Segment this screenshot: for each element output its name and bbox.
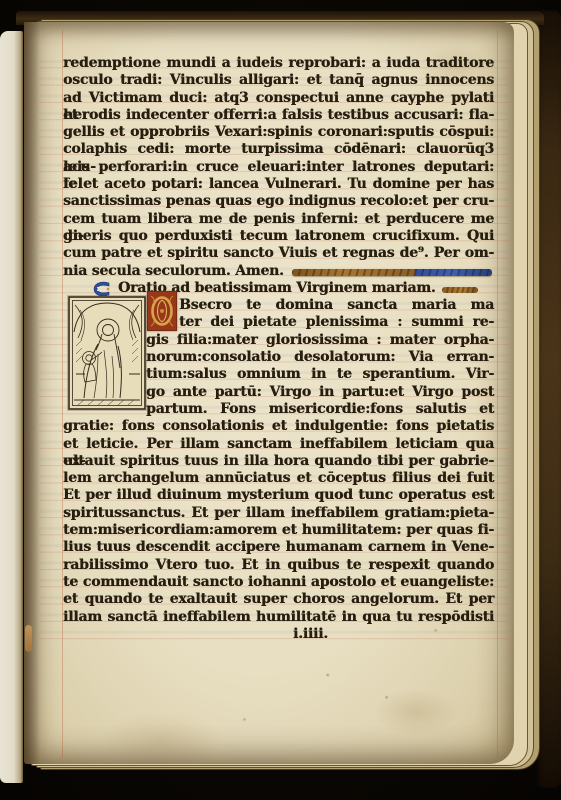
- text-line-content: spiritussanctus. Et per illam ineffabile…: [63, 505, 494, 521]
- blue-paraph-initial: [93, 281, 111, 297]
- initial-o-ornament: [147, 291, 177, 331]
- text-line-content: tem:misericordiam:amorem et humilitatem:…: [63, 522, 494, 538]
- text-line: osculo tradi: Vinculis alligari: et tanq…: [63, 72, 494, 89]
- text-line-content: lem archangelum annūciatus et cōceptus f…: [63, 470, 494, 486]
- text-line: illam sanctā ineffabilem humilitatē in q…: [63, 609, 494, 626]
- text-line-content: gellis et opprobriis Vexari:spinis coron…: [63, 124, 494, 140]
- text-line-content: osculo tradi: Vinculis alligari: et tanq…: [63, 72, 494, 88]
- text-line-content: redemptione mundi a iudeis reprobari: a …: [63, 55, 494, 71]
- text-line: sanctissimas penas quas ego indignus rec…: [63, 193, 494, 210]
- text-line: gellis et opprobriis Vexari:spinis coron…: [63, 124, 494, 141]
- book-page: redemptione mundi a iudeis reprobari: a …: [24, 22, 514, 764]
- text-line-content: ter dei pietate plenissima : summi re-: [179, 314, 494, 330]
- text-line-content: gneris quo perduxisti tecum latronem cru…: [63, 228, 494, 244]
- text-line: et quando te exaltauit super choros ange…: [63, 591, 494, 608]
- text-line-content: sanctissimas penas quas ego indignus rec…: [63, 193, 494, 209]
- woodcut-illustration: [68, 296, 146, 410]
- text-line: herodis indecenter offerri:a falsis test…: [63, 107, 494, 124]
- text-line-content: norum:consolatio desolatorum: Via erran-: [146, 349, 494, 365]
- photo-of-book: { "photo": { "background_color": "#0a070…: [0, 0, 561, 800]
- text-line: tem:misericordiam:amorem et humilitatem:…: [63, 522, 494, 539]
- woodcut-virgin-and-child: [68, 296, 146, 410]
- text-line: colaphis cedi: morte turpissima cōdēnari…: [63, 141, 494, 158]
- text-line: et leticie. Per illam sanctam ineffabile…: [63, 436, 494, 453]
- rubric-filler-ornament: [442, 287, 478, 293]
- gutter-shadow: [24, 22, 40, 764]
- text-line: redemptione mundi a iudeis reprobari: a …: [63, 55, 494, 72]
- text-line-content: Bsecro te domina sancta maria ma: [179, 297, 494, 313]
- text-line-content: illam sanctā ineffabilem humilitatē in q…: [63, 609, 494, 625]
- text-line: rabilissimo Vtero tuo. Et in quibus te r…: [63, 557, 494, 574]
- text-line-content: tium:salus omnium in te sperantium. Vir-: [146, 366, 494, 382]
- text-line: gratie: fons consolationis et indulgenti…: [63, 418, 494, 435]
- text-line-content: partum. Fons misericordie:fons salutis e…: [146, 401, 494, 417]
- text-line: cum patre et spiritu sancto Viuis et reg…: [63, 245, 494, 262]
- text-line-content: go ante partū: Virgo in partu:et Virgo p…: [146, 384, 494, 400]
- text-block: redemptione mundi a iudeis reprobari: a …: [63, 55, 494, 643]
- text-line: le et aceto potari: lancea Vulnerari. Tu…: [63, 176, 494, 193]
- text-line: leis perforari:in cruce eleuari:inter la…: [63, 159, 494, 176]
- text-line: spiritussanctus. Et per illam ineffabile…: [63, 505, 494, 522]
- text-line-content: nia secula seculorum. Amen.: [63, 263, 284, 280]
- text-line-content: le et aceto potari: lancea Vulnerari. Tu…: [63, 176, 494, 192]
- line-filler-ornament: [292, 269, 492, 276]
- text-line-content: gratie: fons consolationis et indulgenti…: [63, 418, 494, 434]
- text-line-content: cum patre et spiritu sancto Viuis et reg…: [63, 245, 494, 261]
- text-line: Et per illud diuinum mysterium quod tunc…: [63, 487, 494, 504]
- ruled-margin-line-right: [497, 30, 498, 758]
- text-line-content: herodis indecenter offerri:a falsis test…: [63, 107, 494, 123]
- text-line: ad Victimam duci: atq3 conspectui anne c…: [63, 90, 494, 107]
- signature-mark: i.iiii.: [63, 626, 494, 643]
- text-line-content: Et per illud diuinum mysterium quod tunc…: [63, 487, 494, 503]
- text-line: ultauit spiritus tuus in illa hora quand…: [63, 453, 494, 470]
- text-line: cem tuam libera me de penis inferni: et …: [63, 211, 494, 228]
- text-line-content: gis filia:mater gloriosissima : mater or…: [146, 332, 494, 348]
- text-line: gneris quo perduxisti tecum latronem cru…: [63, 228, 494, 245]
- text-line-content: rabilissimo Vtero tuo. Et in quibus te r…: [63, 557, 494, 573]
- amen-line: nia secula seculorum. Amen.: [63, 263, 494, 280]
- text-line: te commendauit sancto iohanni apostolo e…: [63, 574, 494, 591]
- text-line: lius tuus descendit accipere humanam car…: [63, 539, 494, 556]
- illuminated-initial-o: [147, 291, 177, 331]
- facing-page-edge: [0, 31, 23, 783]
- leather-binding-edge: [537, 10, 561, 788]
- text-line-content: te commendauit sancto iohanni apostolo e…: [63, 574, 494, 590]
- text-line-content: ultauit spiritus tuus in illa hora quand…: [63, 453, 494, 469]
- text-line-content: et quando te exaltauit super choros ange…: [63, 591, 494, 607]
- rubric-line: Oratio ad beatissimam Virginem mariam.: [63, 280, 494, 297]
- text-line-content: lius tuus descendit accipere humanam car…: [63, 539, 494, 555]
- text-line-content: i.iiii.: [293, 626, 328, 642]
- gutter-fragment: [25, 625, 32, 652]
- text-line: lem archangelum annūciatus et cōceptus f…: [63, 470, 494, 487]
